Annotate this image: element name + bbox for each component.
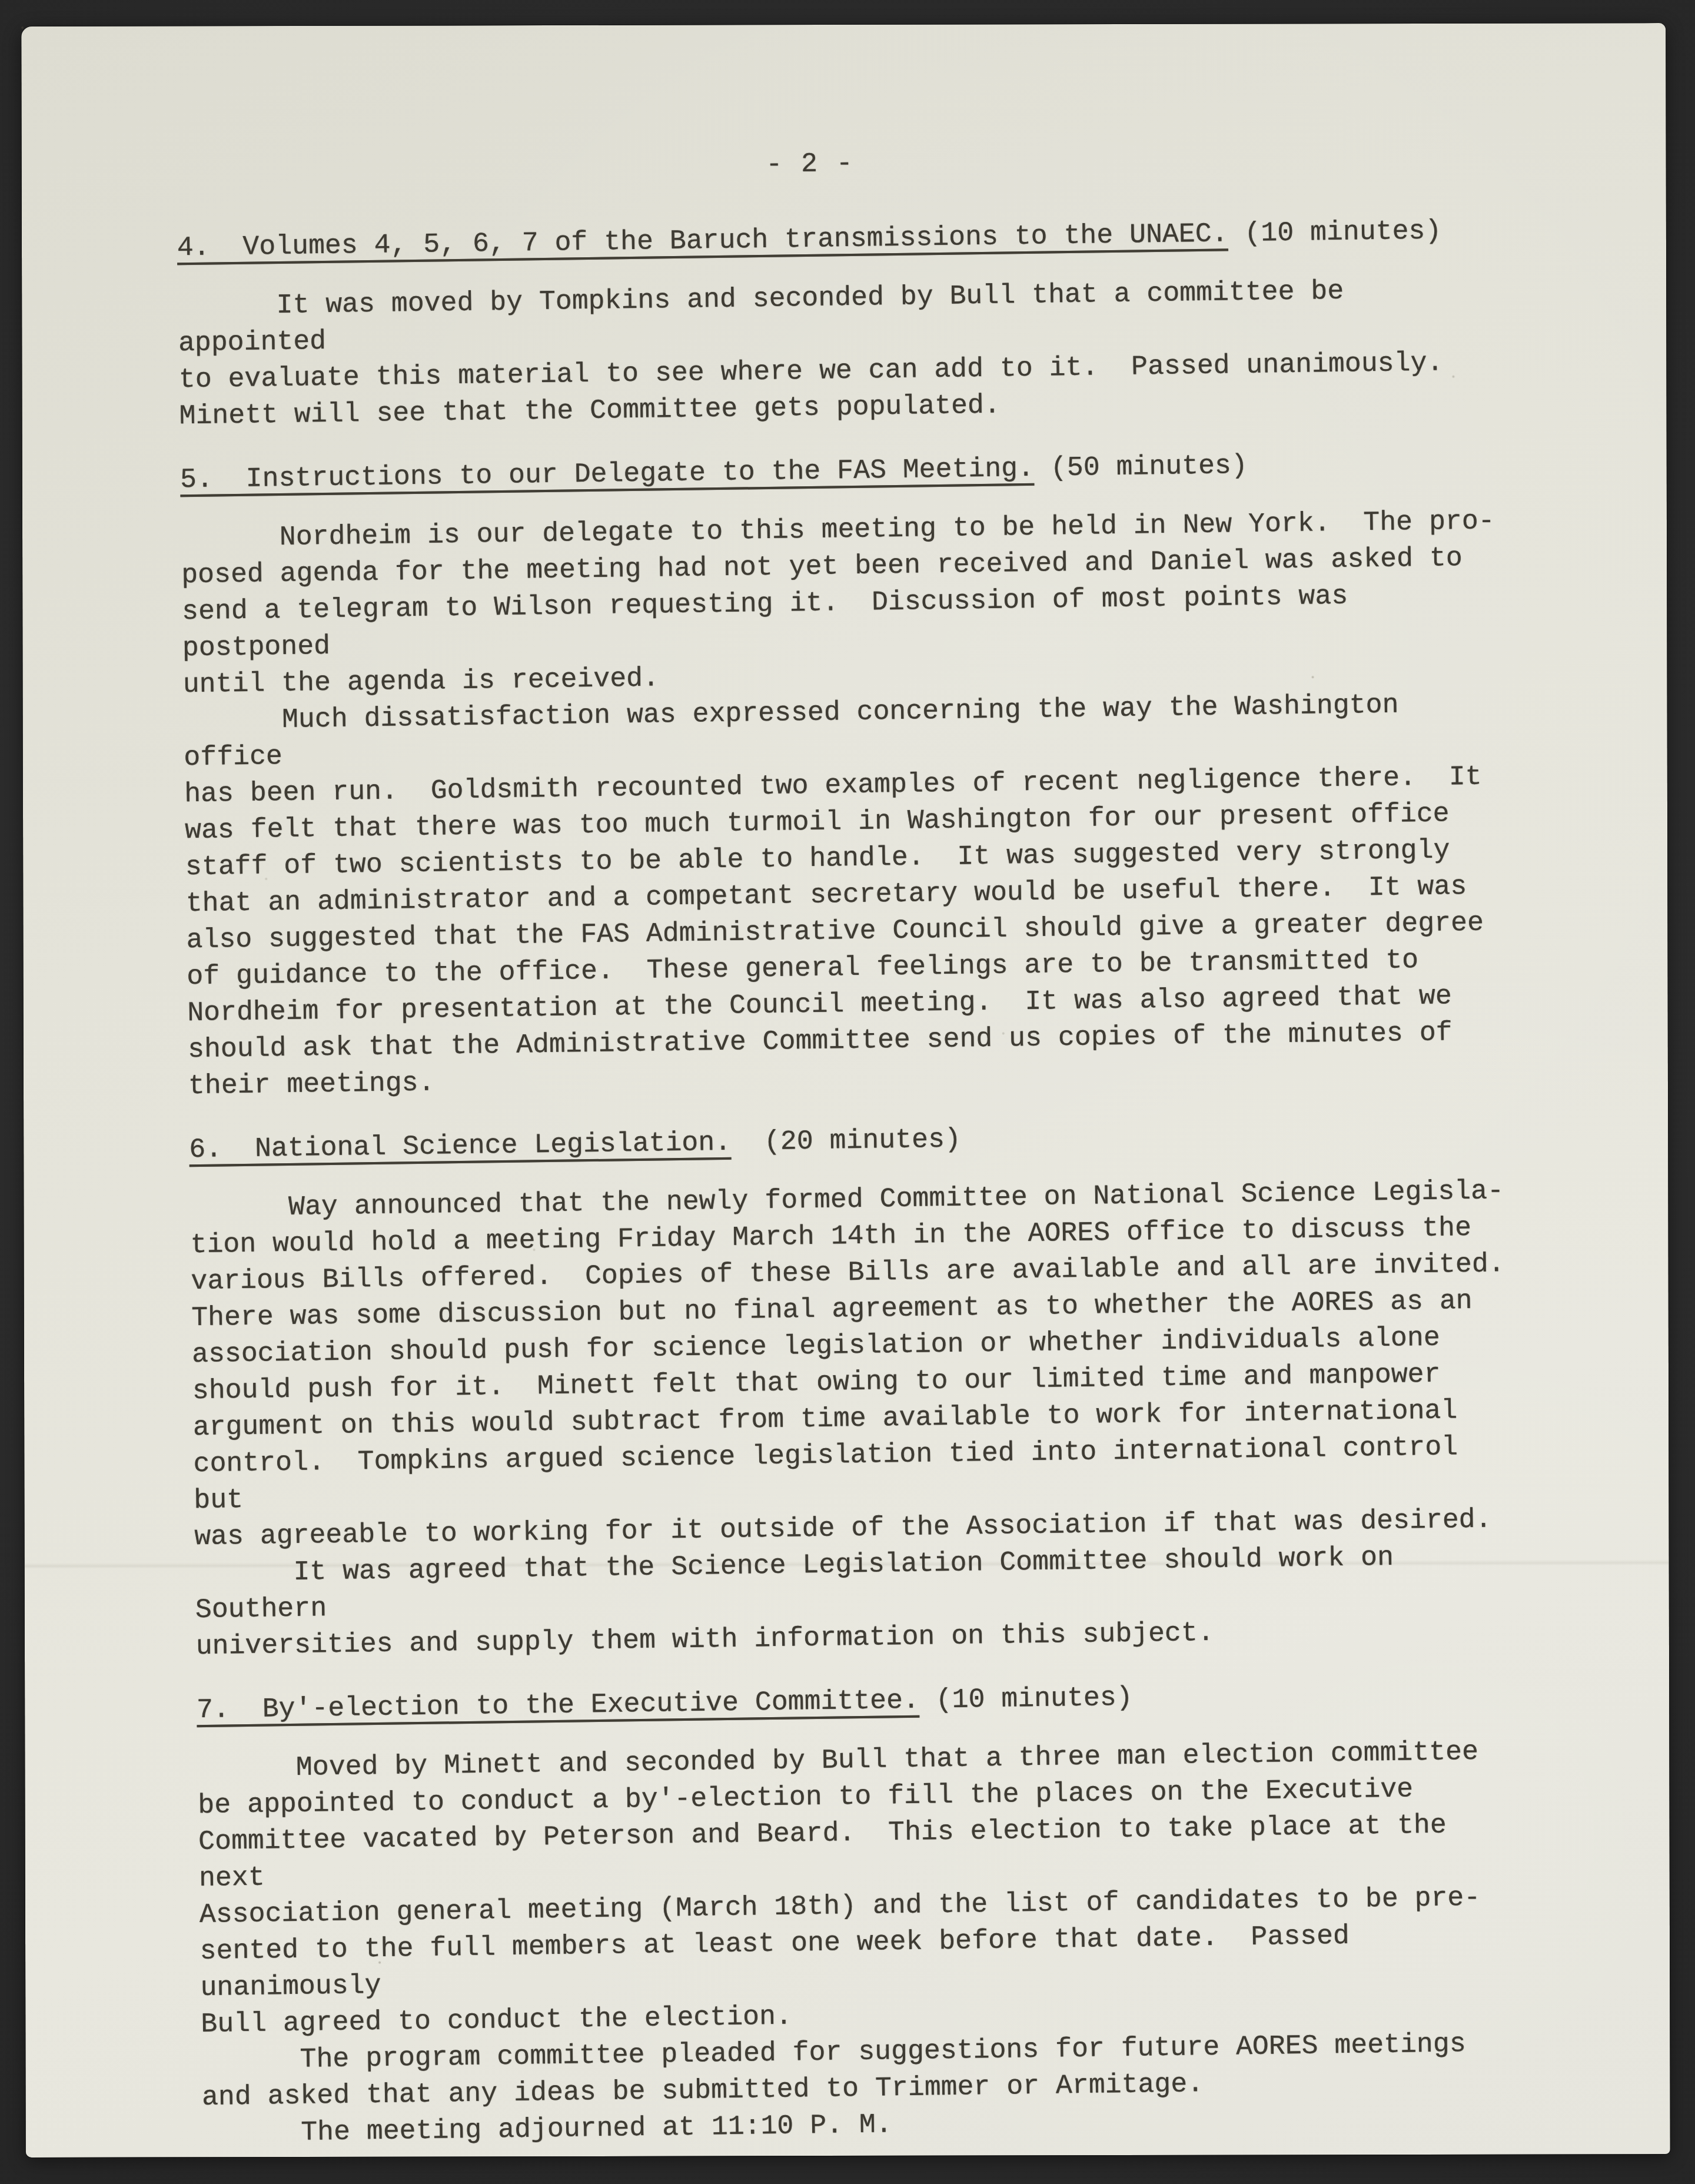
section-5-heading: 5. Instructions to our Delegate to the F… [180,444,1505,498]
section-4-title: 4. Volumes 4, 5, 6, 7 of the Baruch tran… [177,218,1228,263]
section-7-paragraph-1: Moved by Minett and seconded by Bull tha… [197,1733,1525,2043]
section-6-paragraph-2: It was agreed that the Science Legislati… [195,1538,1520,1665]
section-6-paragraph-1: Way announced that the newly formed Comm… [190,1173,1518,1555]
section-6: 6. National Science Legislation. (20 min… [189,1114,1520,1665]
section-5-title: 5. Instructions to our Delegate to the F… [180,453,1035,495]
section-6-title: 6. National Science Legislation. [189,1127,731,1165]
scanner-mat-background: - 2 - 4. Volumes 4, 5, 6, 7 of the Baruc… [0,0,1695,2184]
section-7-title: 7. By'-election to the Executive Committ… [197,1685,919,1725]
section-5: 5. Instructions to our Delegate to the F… [180,444,1513,1104]
section-7-duration: (10 minutes) [919,1682,1133,1716]
section-4-paragraph-1: It was moved by Tompkins and seconded by… [178,271,1504,434]
section-5-duration: (50 minutes) [1034,450,1248,484]
section-7-heading: 7. By'-election to the Executive Committ… [197,1674,1521,1728]
section-7: 7. By'-election to the Executive Committ… [197,1674,1527,2152]
section-4: 4. Volumes 4, 5, 6, 7 of the Baruch tran… [177,212,1503,434]
document-page: - 2 - 4. Volumes 4, 5, 6, 7 of the Baruc… [21,23,1670,2158]
section-5-paragraph-2: Much dissatisfaction was expressed conce… [183,685,1513,1104]
section-5-paragraph-1: Nordheim is our delegate to this meeting… [181,503,1507,703]
section-4-heading: 4. Volumes 4, 5, 6, 7 of the Baruch tran… [177,212,1501,266]
section-6-heading: 6. National Science Legislation. (20 min… [189,1114,1514,1168]
section-6-duration: (20 minutes) [731,1124,961,1158]
dust-specks [21,26,24,29]
section-4-duration: (10 minutes) [1228,215,1441,249]
page-number: - 2 - [176,137,1444,191]
typed-content: - 2 - 4. Volumes 4, 5, 6, 7 of the Baruc… [176,137,1527,2152]
